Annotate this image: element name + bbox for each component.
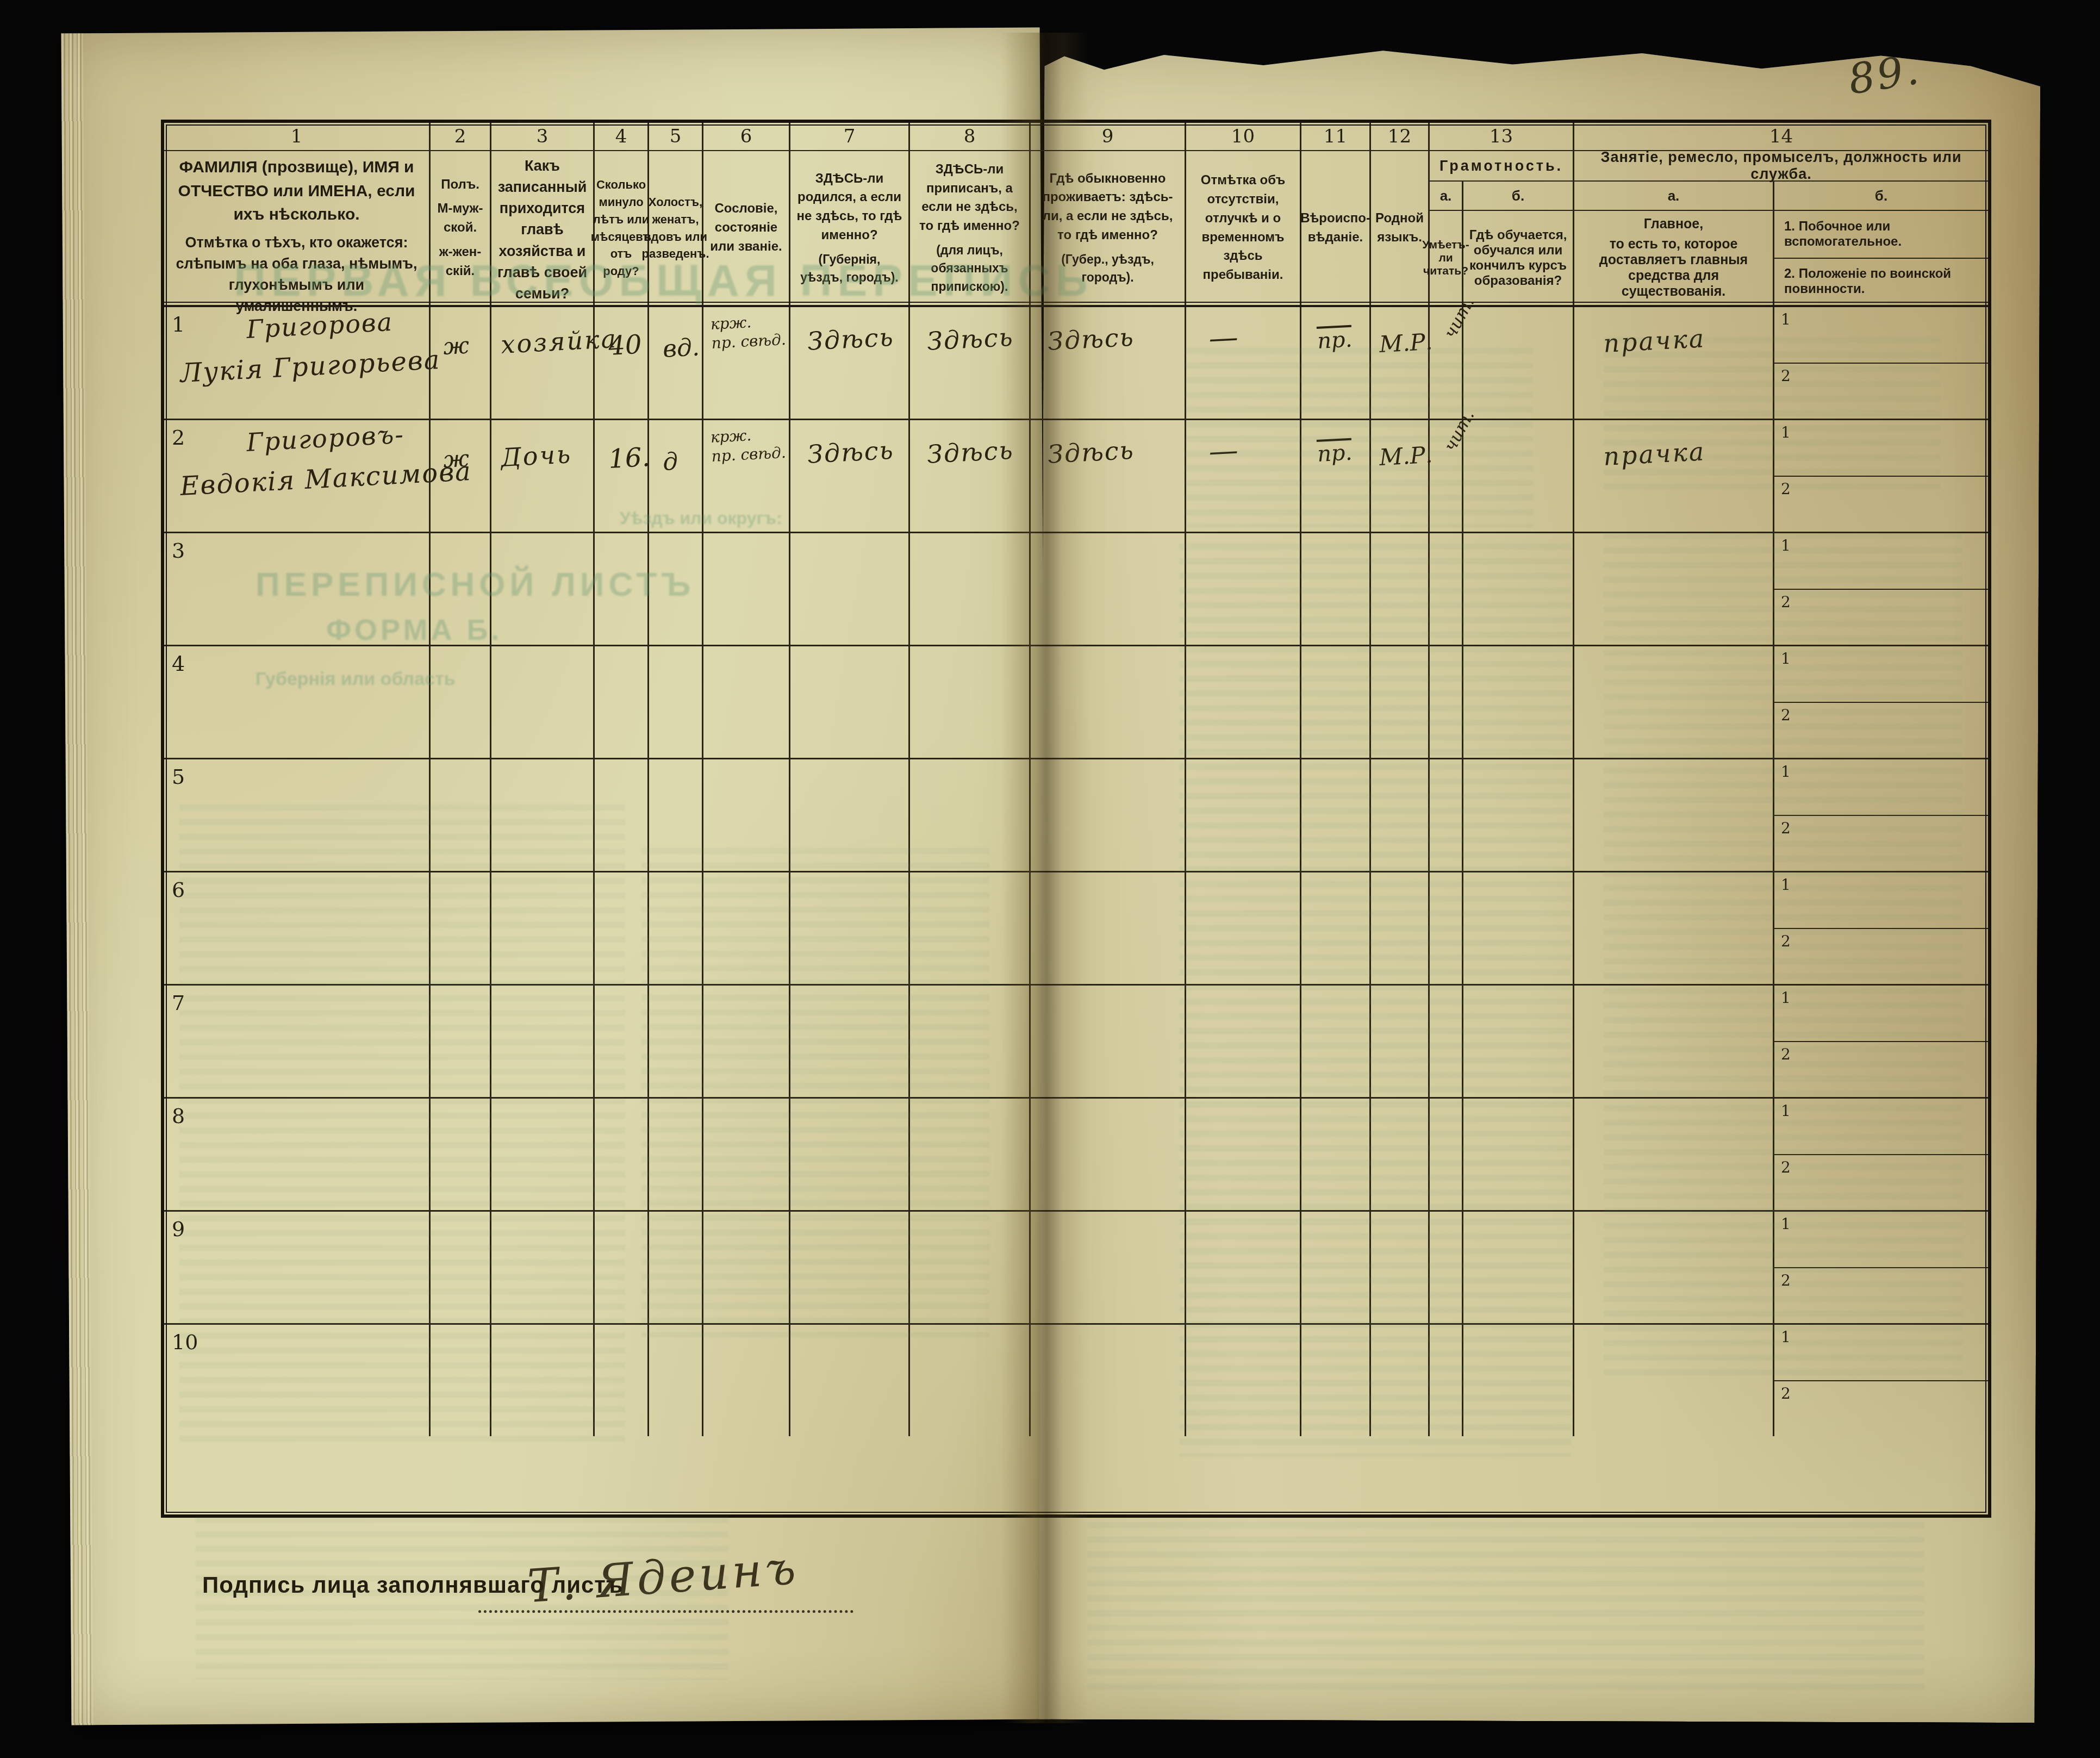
table-row: 10 1 2 bbox=[164, 1325, 1988, 1436]
cell-resides-here bbox=[1031, 872, 1186, 984]
col8-title: ЗДѢСЬ-ли приписанъ, а если не здѣсь, то … bbox=[915, 160, 1024, 236]
cell-born-here bbox=[790, 646, 910, 758]
handwritten-absence: — bbox=[1208, 316, 1301, 356]
cell-name: 2 Григоровъ- Евдокія Максимова bbox=[164, 420, 431, 532]
subrow-label-1: 1 bbox=[1781, 1102, 1791, 1120]
col10-title: Отмѣтка объ отсутствіи, отлучкѣ и о врем… bbox=[1192, 171, 1294, 285]
cell-occupation-main: прачка bbox=[1574, 420, 1774, 532]
col14-occupation-group-header: 14 Занятіе, ремесло, промыселъ, должност… bbox=[1574, 123, 1988, 305]
cell-marital bbox=[649, 646, 703, 758]
cell-registered-here bbox=[910, 759, 1031, 871]
handwritten-religion: пр. bbox=[1317, 439, 1370, 467]
cell-estate bbox=[703, 986, 790, 1097]
cell-religion bbox=[1301, 1325, 1371, 1436]
cell-estate: крж.пр. свѣд. bbox=[703, 307, 790, 419]
subrow-label-2: 2 bbox=[1781, 1271, 1791, 1289]
cell-marital bbox=[649, 1099, 703, 1210]
col5-header: 5 Холостъ, женатъ, вдовъ или разведенъ. bbox=[649, 123, 703, 305]
cell-resides-here bbox=[1031, 759, 1186, 871]
col2-line3: ж-жен-скій. bbox=[436, 243, 484, 281]
cell-literacy bbox=[1430, 872, 1463, 984]
col4-header: 4 Сколько минуло лѣтъ или мѣсяцевъ отъ р… bbox=[595, 123, 649, 305]
subrow-label-2: 2 bbox=[1781, 1045, 1791, 1063]
handwritten-resides-here: Здѣсь bbox=[1047, 320, 1186, 356]
cell-age bbox=[595, 646, 649, 758]
handwritten-surname: Григоровъ- bbox=[246, 418, 430, 457]
col13b-label: б. bbox=[1463, 182, 1573, 210]
cell-absence-note bbox=[1186, 1325, 1301, 1436]
cell-literacy bbox=[1430, 1212, 1463, 1323]
handwritten-language: М.Р. bbox=[1379, 441, 1429, 471]
cell-resides-here bbox=[1031, 1325, 1186, 1436]
col9-header: 9 Гдѣ обыкновенно проживаетъ: здѣсь-ли, … bbox=[1031, 123, 1186, 305]
cell-born-here bbox=[790, 1325, 910, 1436]
table-row: 7 1 2 bbox=[164, 986, 1988, 1099]
cell-registered-here: Здѣсь bbox=[910, 420, 1031, 532]
cell-registered-here bbox=[910, 1325, 1031, 1436]
cell-marital bbox=[649, 533, 703, 645]
cell-marital bbox=[649, 986, 703, 1097]
cell-religion bbox=[1301, 1212, 1371, 1323]
cell-occupation-main bbox=[1574, 533, 1774, 645]
row-number: 10 bbox=[172, 1330, 198, 1354]
cell-age bbox=[595, 1325, 649, 1436]
cell-language bbox=[1371, 1099, 1430, 1210]
cell-education bbox=[1463, 872, 1574, 984]
cell-age bbox=[595, 759, 649, 871]
col13b-title: Гдѣ обучается, обучался или кончилъ курс… bbox=[1463, 211, 1573, 305]
col13-literacy-group-header: 13 Грамотность. а. б. Умѣетъ-ли читать? … bbox=[1430, 123, 1574, 305]
col14b-label: б. bbox=[1774, 182, 1988, 210]
cell-sex bbox=[431, 1212, 491, 1323]
col7-header: 7 ЗДѢСЬ-ли родился, а если не здѣсь, то … bbox=[790, 123, 910, 305]
row-number: 4 bbox=[172, 652, 185, 676]
col2-line1: Полъ. bbox=[441, 176, 479, 195]
cell-born-here: Здѣсь bbox=[790, 307, 910, 419]
handwritten-age: 40 bbox=[608, 329, 649, 361]
cell-marital: вд. bbox=[649, 307, 703, 419]
cell-born-here: Здѣсь bbox=[790, 420, 910, 532]
handwritten-occupation: прачка bbox=[1603, 320, 1774, 358]
handwritten-surname: Григорова bbox=[246, 305, 430, 344]
cell-occupation-secondary: 1 2 bbox=[1774, 420, 1988, 532]
cell-name: 7 bbox=[164, 986, 431, 1097]
cell-registered-here bbox=[910, 872, 1031, 984]
cell-literacy bbox=[1430, 1325, 1463, 1436]
col14b-item2: 2. Положеніе по воинской повинности. bbox=[1774, 259, 1988, 306]
cell-resides-here bbox=[1031, 1099, 1186, 1210]
cell-education bbox=[1463, 307, 1574, 419]
handwritten-born-here: Здѣсь bbox=[807, 321, 910, 356]
cell-religion bbox=[1301, 533, 1371, 645]
cell-age: 16. bbox=[595, 420, 649, 532]
cell-absence-note bbox=[1186, 759, 1301, 871]
cell-registered-here bbox=[910, 646, 1031, 758]
cell-literacy bbox=[1430, 1099, 1463, 1210]
col14a-label: а. bbox=[1574, 182, 1774, 210]
cell-occupation-main: прачка bbox=[1574, 307, 1774, 419]
cell-absence-note bbox=[1186, 533, 1301, 645]
cell-name: 4 bbox=[164, 646, 431, 758]
col14-number: 14 bbox=[1574, 123, 1988, 151]
cell-born-here bbox=[790, 533, 910, 645]
handwritten-registered-here: Здѣсь bbox=[926, 321, 1031, 356]
col1-subtitle: Отмѣтка о тѣхъ, кто окажется: слѣпымъ на… bbox=[170, 232, 423, 317]
col6-title: Сословіе, состояніе или званіе. bbox=[709, 200, 783, 256]
cell-occupation-secondary: 1 2 bbox=[1774, 646, 1988, 758]
subrow-label-1: 1 bbox=[1781, 1328, 1791, 1346]
col11-title: Вѣроиспо-вѣданіе. bbox=[1300, 209, 1370, 247]
col13a-title: Умѣетъ-ли читать? bbox=[1430, 211, 1463, 305]
row-number: 2 bbox=[172, 426, 185, 450]
col13a-label: а. bbox=[1430, 182, 1463, 210]
cell-language bbox=[1371, 872, 1430, 984]
cell-absence-note: — bbox=[1186, 420, 1301, 532]
handwritten-resides-here: Здѣсь bbox=[1047, 433, 1186, 469]
cell-relation bbox=[491, 1212, 595, 1323]
cell-estate bbox=[703, 1325, 790, 1436]
handwritten-marital: вд. bbox=[662, 333, 703, 363]
cell-sex bbox=[431, 646, 491, 758]
cell-age bbox=[595, 533, 649, 645]
col14b-item1: 1. Побочное или вспомогательное. bbox=[1774, 211, 1988, 259]
subrow-label-2: 2 bbox=[1781, 819, 1791, 837]
cell-born-here bbox=[790, 1099, 910, 1210]
subrow-label-1: 1 bbox=[1781, 650, 1791, 668]
subrow-label-1: 1 bbox=[1781, 876, 1791, 894]
cell-language: М.Р. bbox=[1371, 420, 1430, 532]
col7-number: 7 bbox=[790, 123, 908, 151]
handwritten-relation: хозяйка bbox=[500, 325, 595, 359]
cell-occupation-secondary: 1 2 bbox=[1774, 307, 1988, 419]
col13-number: 13 bbox=[1430, 123, 1573, 151]
col7-note: (Губернія, уѣздъ, городъ). bbox=[796, 251, 903, 287]
cell-resides-here: Здѣсь bbox=[1031, 420, 1186, 532]
cell-occupation-main bbox=[1574, 1325, 1774, 1436]
cell-occupation-secondary: 1 2 bbox=[1774, 986, 1988, 1097]
table-header: 1 ФАМИЛІЯ (прозвище), ИМЯ и ОТЧЕСТВО или… bbox=[164, 123, 1988, 307]
cell-sex bbox=[431, 872, 491, 984]
subrow-label-2: 2 bbox=[1781, 1158, 1791, 1176]
cell-marital bbox=[649, 759, 703, 871]
cell-born-here bbox=[790, 1212, 910, 1323]
cell-relation bbox=[491, 646, 595, 758]
cell-language bbox=[1371, 1212, 1430, 1323]
col5-number: 5 bbox=[649, 123, 702, 151]
cell-name: 6 bbox=[164, 872, 431, 984]
col6-header: 6 Сословіе, состояніе или званіе. bbox=[703, 123, 790, 305]
cell-name: 1 Григорова Лукія Григорьева bbox=[164, 307, 431, 419]
col3-title: Какъ записанный приходится главѣ хозяйст… bbox=[497, 155, 588, 304]
col14-group-label: Занятіе, ремесло, промыселъ, должность и… bbox=[1574, 151, 1988, 182]
cell-age: 40 bbox=[595, 307, 649, 419]
cell-education bbox=[1463, 759, 1574, 871]
cell-sex bbox=[431, 533, 491, 645]
cell-marital: д bbox=[649, 420, 703, 532]
subrow-label-2: 2 bbox=[1781, 480, 1791, 498]
subrow-label-2: 2 bbox=[1781, 367, 1791, 385]
cell-age bbox=[595, 986, 649, 1097]
cell-born-here bbox=[790, 759, 910, 871]
cell-sex: ж bbox=[431, 307, 491, 419]
handwritten-given-name: Евдокія Максимова bbox=[179, 458, 430, 502]
cell-occupation-secondary: 1 2 bbox=[1774, 1099, 1988, 1210]
handwritten-estate: крж.пр. свѣд. bbox=[710, 423, 790, 465]
table-row: 1 Григорова Лукія Григорьева ж хозяйка 4… bbox=[164, 307, 1988, 420]
cell-education bbox=[1463, 1325, 1574, 1436]
census-table: 1 ФАМИЛІЯ (прозвище), ИМЯ и ОТЧЕСТВО или… bbox=[161, 120, 1991, 1518]
cell-occupation-main bbox=[1574, 986, 1774, 1097]
col1-number: 1 bbox=[164, 123, 429, 151]
cell-born-here bbox=[790, 986, 910, 1097]
handwritten-sex: ж bbox=[443, 331, 491, 359]
cell-occupation-main bbox=[1574, 759, 1774, 871]
handwritten-relation: Дочь bbox=[500, 438, 595, 472]
cell-occupation-secondary: 1 2 bbox=[1774, 1212, 1988, 1323]
col6-number: 6 bbox=[703, 123, 789, 151]
cell-occupation-main bbox=[1574, 1099, 1774, 1210]
cell-marital bbox=[649, 1212, 703, 1323]
cell-registered-here bbox=[910, 533, 1031, 645]
cell-marital bbox=[649, 1325, 703, 1436]
cell-registered-here: Здѣсь bbox=[910, 307, 1031, 419]
cell-age bbox=[595, 1212, 649, 1323]
cell-literacy bbox=[1430, 986, 1463, 1097]
scanned-census-sheet: { "page_number": "89.", "header_cols": {… bbox=[0, 0, 2100, 1758]
cell-estate bbox=[703, 1099, 790, 1210]
cell-resides-here bbox=[1031, 1212, 1186, 1323]
row-number: 9 bbox=[172, 1217, 185, 1241]
cell-estate: крж.пр. свѣд. bbox=[703, 420, 790, 532]
cell-religion bbox=[1301, 759, 1371, 871]
handwritten-sex: ж bbox=[443, 444, 491, 472]
cell-marital bbox=[649, 872, 703, 984]
subrow-label-1: 1 bbox=[1781, 537, 1791, 554]
cell-resides-here bbox=[1031, 646, 1186, 758]
cell-occupation-main bbox=[1574, 1212, 1774, 1323]
subrow-label-2: 2 bbox=[1781, 1385, 1791, 1402]
row-number: 1 bbox=[172, 313, 185, 336]
cell-occupation-main bbox=[1574, 872, 1774, 984]
subrow-label-1: 1 bbox=[1781, 989, 1791, 1007]
cell-relation: хозяйка bbox=[491, 307, 595, 419]
cell-born-here bbox=[790, 872, 910, 984]
cell-age bbox=[595, 872, 649, 984]
subrow-label-2: 2 bbox=[1781, 593, 1791, 611]
cell-education bbox=[1463, 533, 1574, 645]
cell-relation bbox=[491, 872, 595, 984]
col8-header: 8 ЗДѢСЬ-ли приписанъ, а если не здѣсь, т… bbox=[910, 123, 1031, 305]
table-row: 6 1 2 bbox=[164, 872, 1988, 986]
subrow-label-1: 1 bbox=[1781, 423, 1791, 441]
col14a-title-main: Главное, bbox=[1644, 216, 1703, 232]
cell-sex bbox=[431, 759, 491, 871]
col11-header: 11 Вѣроиспо-вѣданіе. bbox=[1301, 123, 1371, 305]
cell-estate bbox=[703, 646, 790, 758]
cell-age bbox=[595, 1099, 649, 1210]
cell-sex bbox=[431, 1325, 491, 1436]
cell-absence-note bbox=[1186, 872, 1301, 984]
cell-occupation-main bbox=[1574, 646, 1774, 758]
cell-absence-note bbox=[1186, 1212, 1301, 1323]
col9-note: (Губер., уѣздъ, городъ). bbox=[1036, 251, 1179, 287]
cell-literacy bbox=[1430, 533, 1463, 645]
cell-registered-here bbox=[910, 1212, 1031, 1323]
col4-number: 4 bbox=[595, 123, 647, 151]
col8-number: 8 bbox=[910, 123, 1029, 151]
col7-title: ЗДѢСЬ-ли родился, а если не здѣсь, то гд… bbox=[796, 170, 903, 245]
table-row: 9 1 2 bbox=[164, 1212, 1988, 1325]
cell-relation: Дочь bbox=[491, 420, 595, 532]
cell-religion bbox=[1301, 1099, 1371, 1210]
row-number: 7 bbox=[172, 991, 185, 1015]
col2-line2: М-муж-ской. bbox=[436, 200, 484, 238]
cell-registered-here bbox=[910, 1099, 1031, 1210]
cell-religion bbox=[1301, 986, 1371, 1097]
cell-language bbox=[1371, 646, 1430, 758]
col13-group-label: Грамотность. bbox=[1430, 151, 1573, 182]
table-row: 5 1 2 bbox=[164, 759, 1988, 872]
col2-number: 2 bbox=[431, 123, 490, 151]
cell-resides-here: Здѣсь bbox=[1031, 307, 1186, 419]
cell-language bbox=[1371, 986, 1430, 1097]
row-number: 6 bbox=[172, 878, 185, 902]
cell-name: 3 bbox=[164, 533, 431, 645]
cell-estate bbox=[703, 533, 790, 645]
col3-header: 3 Какъ записанный приходится главѣ хозяй… bbox=[491, 123, 595, 305]
handwritten-registered-here: Здѣсь bbox=[926, 434, 1031, 469]
row-number: 3 bbox=[172, 539, 185, 563]
cell-religion bbox=[1301, 872, 1371, 984]
cell-education bbox=[1463, 1212, 1574, 1323]
cell-occupation-secondary: 1 2 bbox=[1774, 872, 1988, 984]
handwritten-estate: крж.пр. свѣд. bbox=[710, 310, 790, 352]
col3-number: 3 bbox=[491, 123, 593, 151]
subrow-label-1: 1 bbox=[1781, 310, 1791, 328]
cell-resides-here bbox=[1031, 533, 1186, 645]
cell-sex: ж bbox=[431, 420, 491, 532]
cell-name: 10 bbox=[164, 1325, 431, 1436]
cell-registered-here bbox=[910, 986, 1031, 1097]
cell-resides-here bbox=[1031, 986, 1186, 1097]
cell-relation bbox=[491, 533, 595, 645]
col14b-items: 1. Побочное или вспомогательное. 2. Поло… bbox=[1774, 211, 1988, 305]
col9-title: Гдѣ обыкновенно проживаетъ: здѣсь-ли, а … bbox=[1036, 170, 1179, 245]
cell-absence-note bbox=[1186, 1099, 1301, 1210]
col2-header: 2 Полъ. М-муж-ской. ж-жен-скій. bbox=[431, 123, 491, 305]
table-row: 3 1 2 bbox=[164, 533, 1988, 646]
handwritten-religion: пр. bbox=[1317, 326, 1370, 354]
table-row: 8 1 2 bbox=[164, 1099, 1988, 1212]
handwritten-given-name: Лукія Григорьева bbox=[179, 345, 430, 389]
cell-absence-note: — bbox=[1186, 307, 1301, 419]
handwritten-born-here: Здѣсь bbox=[807, 434, 910, 469]
cell-relation bbox=[491, 759, 595, 871]
row-number: 5 bbox=[172, 765, 185, 789]
cell-sex bbox=[431, 1099, 491, 1210]
col10-header: 10 Отмѣтка объ отсутствіи, отлучкѣ и о в… bbox=[1186, 123, 1301, 305]
cell-education bbox=[1463, 646, 1574, 758]
subrow-label-1: 1 bbox=[1781, 763, 1791, 781]
cell-relation bbox=[491, 1325, 595, 1436]
col14a-title-rest: то есть то, которое доставляетъ главныя … bbox=[1578, 236, 1769, 300]
col1-title: ФАМИЛІЯ (прозвище), ИМЯ и ОТЧЕСТВО или И… bbox=[170, 155, 423, 227]
cell-language bbox=[1371, 1325, 1430, 1436]
cell-estate bbox=[703, 872, 790, 984]
cell-absence-note bbox=[1186, 986, 1301, 1097]
col8-note: (для лицъ, обязанныхъ припискою). bbox=[915, 241, 1024, 296]
row-number: 8 bbox=[172, 1104, 185, 1128]
col11-number: 11 bbox=[1301, 123, 1369, 151]
cell-religion: пр. bbox=[1301, 307, 1371, 419]
cell-education bbox=[1463, 986, 1574, 1097]
cell-literacy: чит. bbox=[1430, 420, 1463, 532]
handwritten-language: М.Р. bbox=[1379, 328, 1429, 358]
table-row: 4 1 2 bbox=[164, 646, 1988, 759]
cell-occupation-secondary: 1 2 bbox=[1774, 533, 1988, 645]
cell-name: 5 bbox=[164, 759, 431, 871]
cell-occupation-secondary: 1 2 bbox=[1774, 1325, 1988, 1436]
cell-name: 9 bbox=[164, 1212, 431, 1323]
handwritten-marital: д bbox=[662, 446, 703, 476]
handwritten-occupation: прачка bbox=[1603, 433, 1774, 471]
cell-relation bbox=[491, 1099, 595, 1210]
cell-literacy bbox=[1430, 759, 1463, 871]
cell-language bbox=[1371, 533, 1430, 645]
col12-title: Родной языкъ. bbox=[1375, 209, 1424, 247]
cell-education bbox=[1463, 1099, 1574, 1210]
cell-education bbox=[1463, 420, 1574, 532]
cell-language bbox=[1371, 759, 1430, 871]
cell-estate bbox=[703, 1212, 790, 1323]
cell-occupation-secondary: 1 2 bbox=[1774, 759, 1988, 871]
cell-religion: пр. bbox=[1301, 420, 1371, 532]
subrow-label-2: 2 bbox=[1781, 706, 1791, 724]
col5-title: Холостъ, женатъ, вдовъ или разведенъ. bbox=[642, 194, 709, 263]
subrow-label-2: 2 bbox=[1781, 932, 1791, 950]
cell-literacy: чит. bbox=[1430, 307, 1463, 419]
handwritten-age: 16. bbox=[608, 442, 649, 475]
col12-number: 12 bbox=[1371, 123, 1428, 151]
cell-name: 8 bbox=[164, 1099, 431, 1210]
cell-absence-note bbox=[1186, 646, 1301, 758]
table-row: 2 Григоровъ- Евдокія Максимова ж Дочь 16… bbox=[164, 420, 1988, 533]
cell-sex bbox=[431, 986, 491, 1097]
col12-header: 12 Родной языкъ. bbox=[1371, 123, 1430, 305]
col1-header: 1 ФАМИЛІЯ (прозвище), ИМЯ и ОТЧЕСТВО или… bbox=[164, 123, 431, 305]
cell-religion bbox=[1301, 646, 1371, 758]
cell-language: М.Р. bbox=[1371, 307, 1430, 419]
cell-estate bbox=[703, 759, 790, 871]
col14a-title: Главное, то есть то, которое доставляетъ… bbox=[1574, 211, 1774, 305]
col9-number: 9 bbox=[1031, 123, 1185, 151]
handwritten-absence: — bbox=[1208, 429, 1301, 469]
cell-relation bbox=[491, 986, 595, 1097]
cell-literacy bbox=[1430, 646, 1463, 758]
col10-number: 10 bbox=[1186, 123, 1300, 151]
subrow-label-1: 1 bbox=[1781, 1215, 1791, 1233]
